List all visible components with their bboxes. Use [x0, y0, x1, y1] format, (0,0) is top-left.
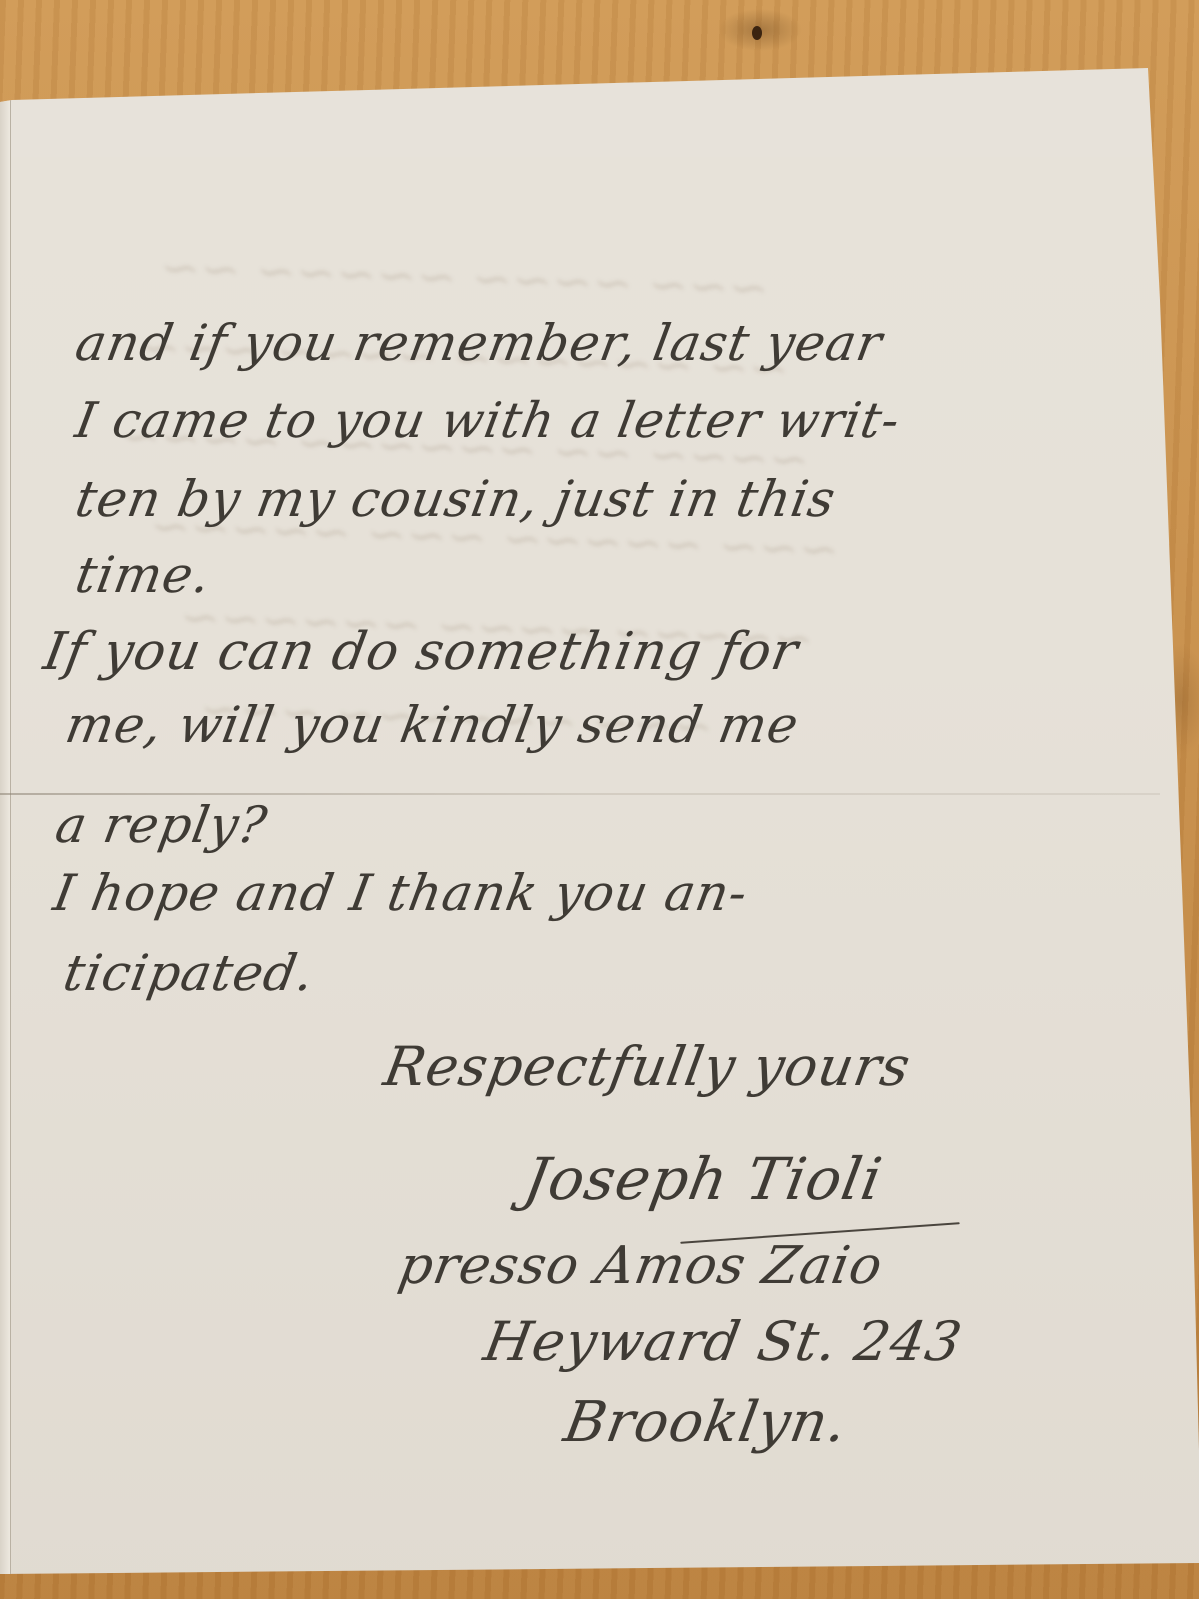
letter-body-line: a reply?	[52, 800, 271, 850]
wood-knot	[752, 26, 762, 40]
letter-body-line: If you can do something for	[40, 626, 802, 678]
address-line: presso Amos Zaio	[395, 1240, 887, 1292]
letter-body-line: I hope and I thank you an-	[50, 868, 752, 918]
letter-body-line: ticipated.	[60, 948, 318, 998]
letter-closing: Respectfully yours	[380, 1040, 915, 1094]
horizontal-fold-crease	[0, 793, 1160, 795]
letter-page: ~~~ ~~~~ ~~~~~ ~~ ~~ ~~~~~~ ~~~~ ~~~ ~~~…	[0, 0, 1199, 1599]
letter-body-line: ten by my cousin, just in this	[72, 474, 840, 524]
address-line: Brooklyn.	[560, 1395, 852, 1451]
letter-signature: Joseph Tioli	[520, 1150, 887, 1208]
page-fold-edge	[0, 100, 11, 1574]
letter-body-line: I came to you with a letter writ-	[72, 396, 904, 445]
ink-bleed-through: ~~~ ~~~~ ~~~~~ ~~	[159, 239, 769, 316]
letter-body-line: me, will you kindly send me	[62, 700, 803, 750]
letter-body-line: and if you remember, last year	[72, 318, 886, 368]
address-line: Heyward St. 243	[480, 1315, 966, 1369]
letter-body-line: time.	[72, 550, 215, 600]
